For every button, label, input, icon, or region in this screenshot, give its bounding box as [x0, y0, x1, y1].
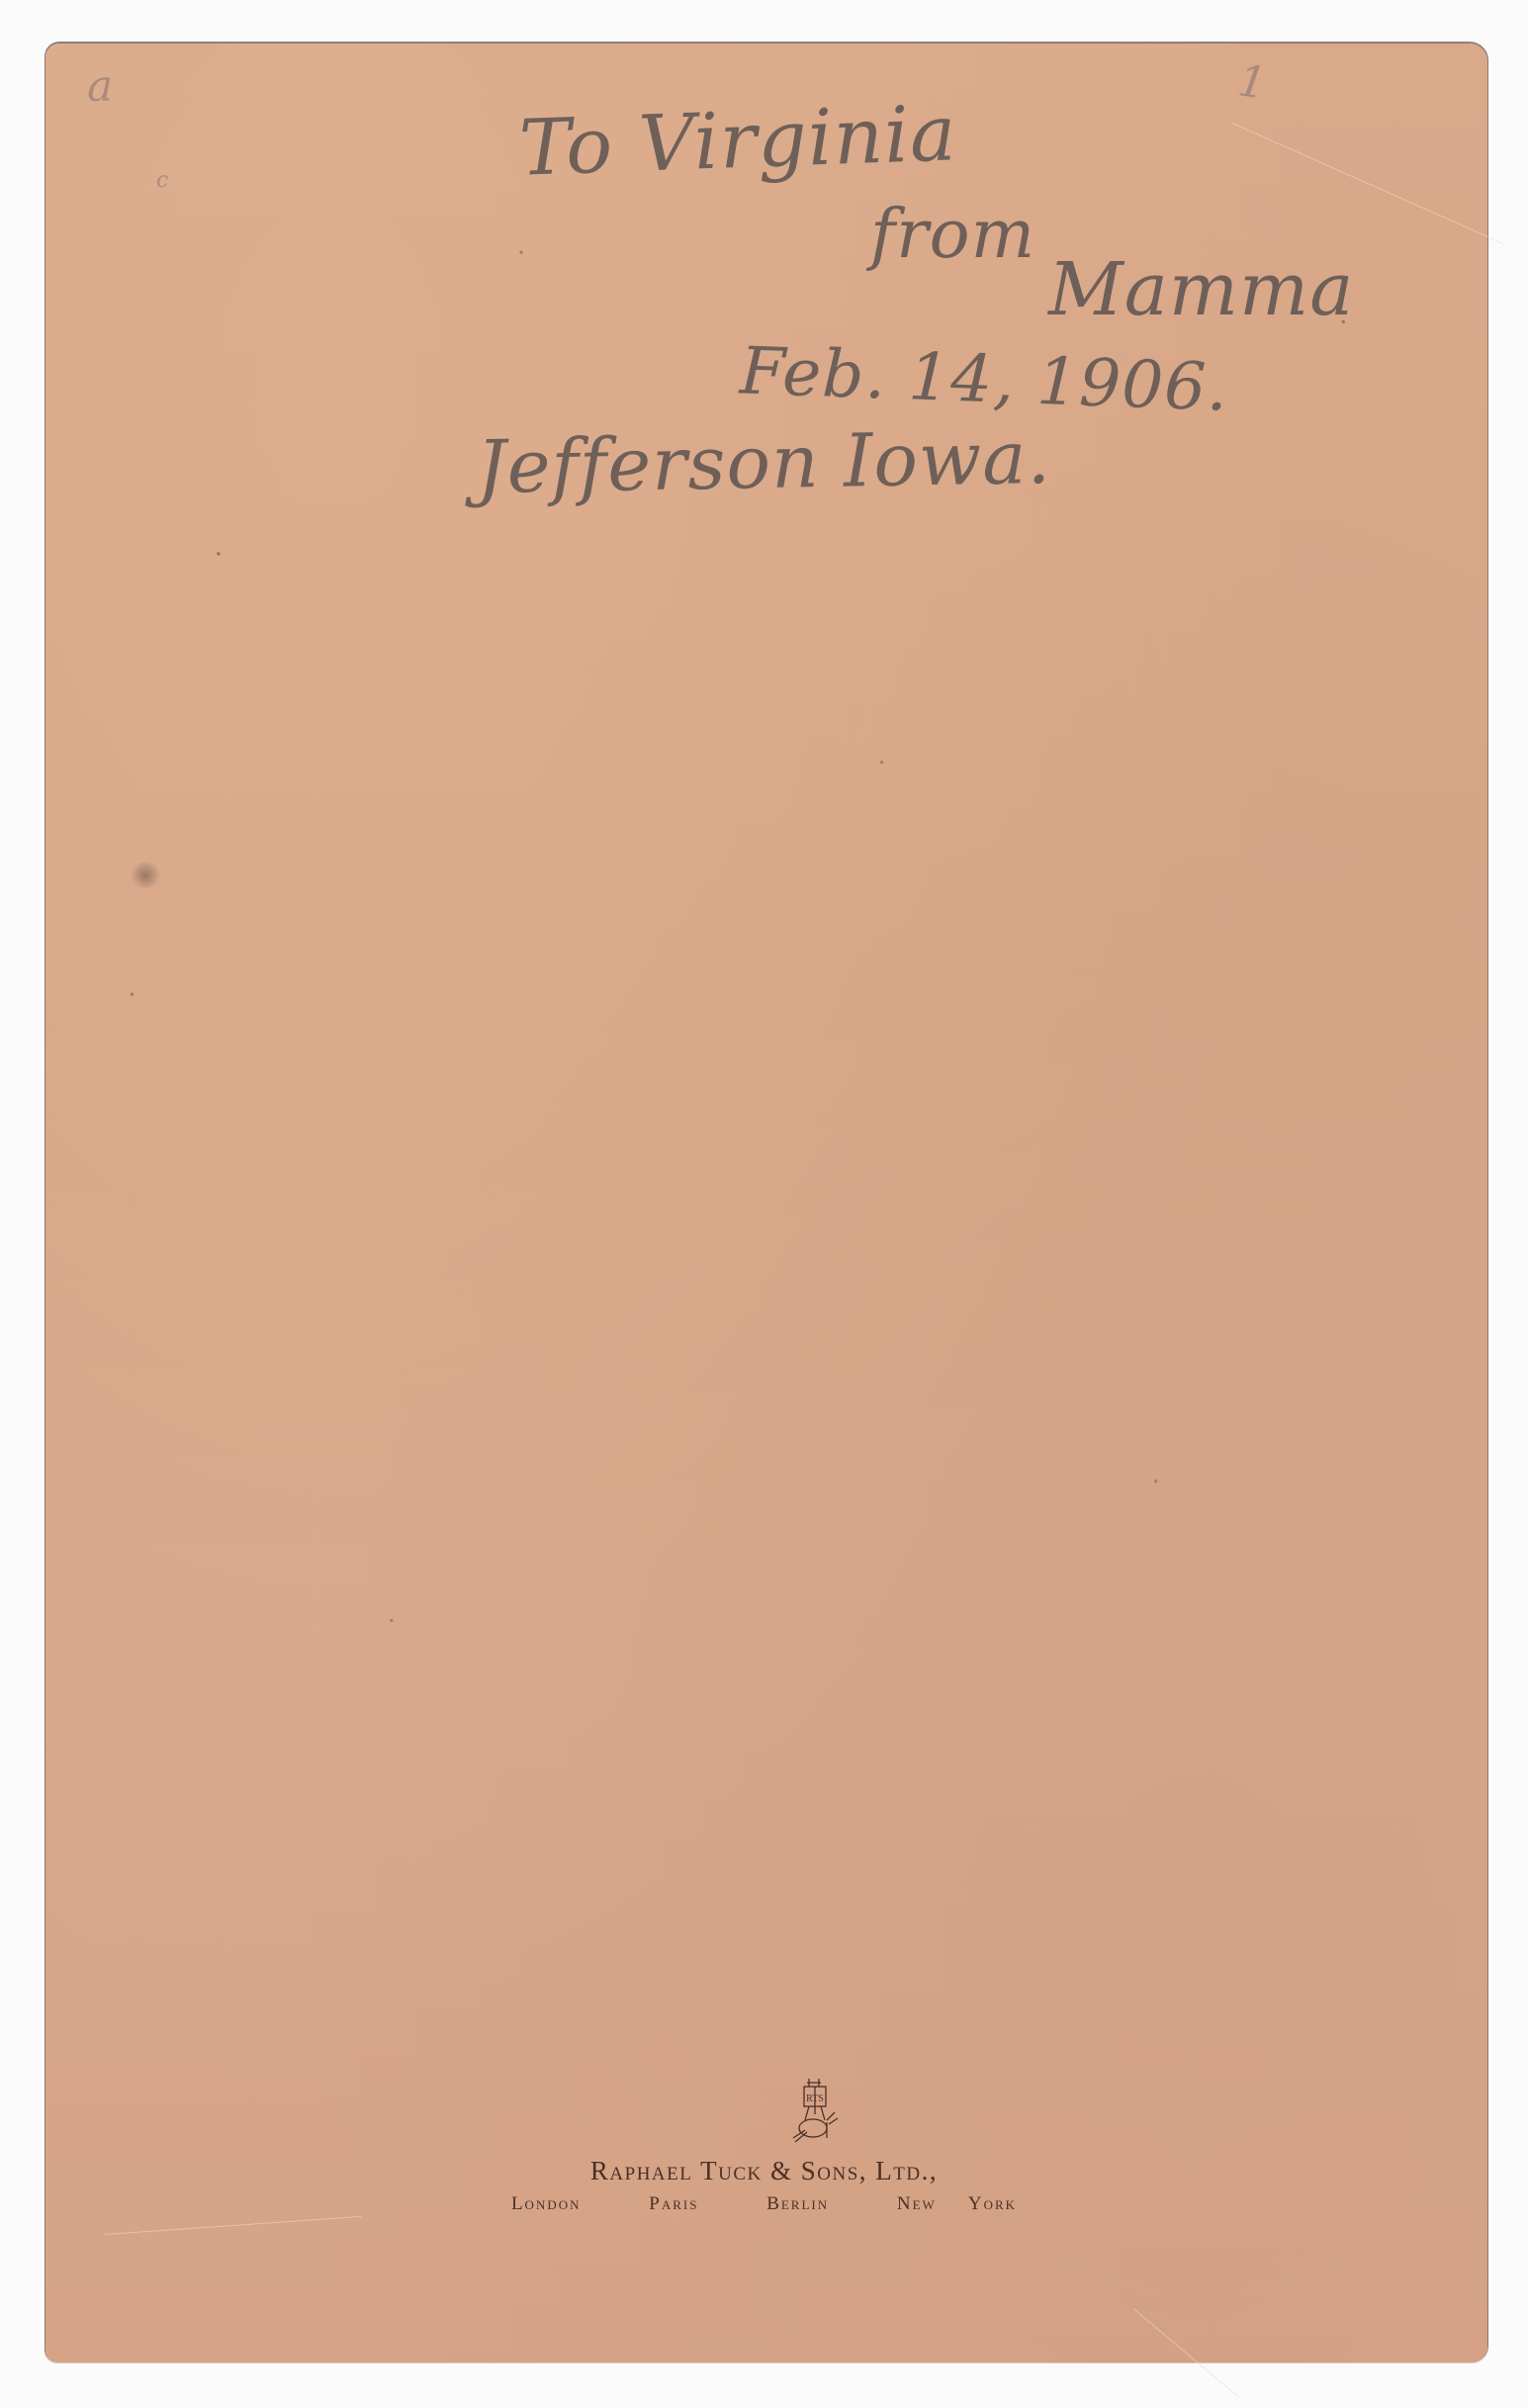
- inscription-sender: Mamma: [1048, 247, 1354, 332]
- city-paris: Paris: [649, 2193, 698, 2214]
- publisher-cities: London Paris Berlin New York: [0, 2193, 1528, 2215]
- inscription-recipient: To Virginia: [518, 89, 958, 193]
- easel-palette-logo-icon: RTS: [789, 2077, 839, 2148]
- margin-mark-letter: a: [87, 61, 114, 112]
- svg-text:RTS: RTS: [806, 2094, 824, 2104]
- paper-crease: [105, 2216, 361, 2235]
- inscription-from: from: [870, 196, 1035, 274]
- city-berlin: Berlin: [766, 2193, 829, 2214]
- paper-crease: [1232, 123, 1503, 244]
- city-new-york: New York: [897, 2193, 1017, 2214]
- pencil-smudge: [129, 862, 162, 888]
- inscription-place: Jefferson Iowa.: [476, 415, 1051, 510]
- margin-mark-small: c: [156, 168, 169, 193]
- paper-crease: [1133, 2308, 1240, 2398]
- publisher-name: Raphael Tuck & Sons, Ltd.,: [0, 2156, 1528, 2186]
- city-london: London: [511, 2193, 582, 2214]
